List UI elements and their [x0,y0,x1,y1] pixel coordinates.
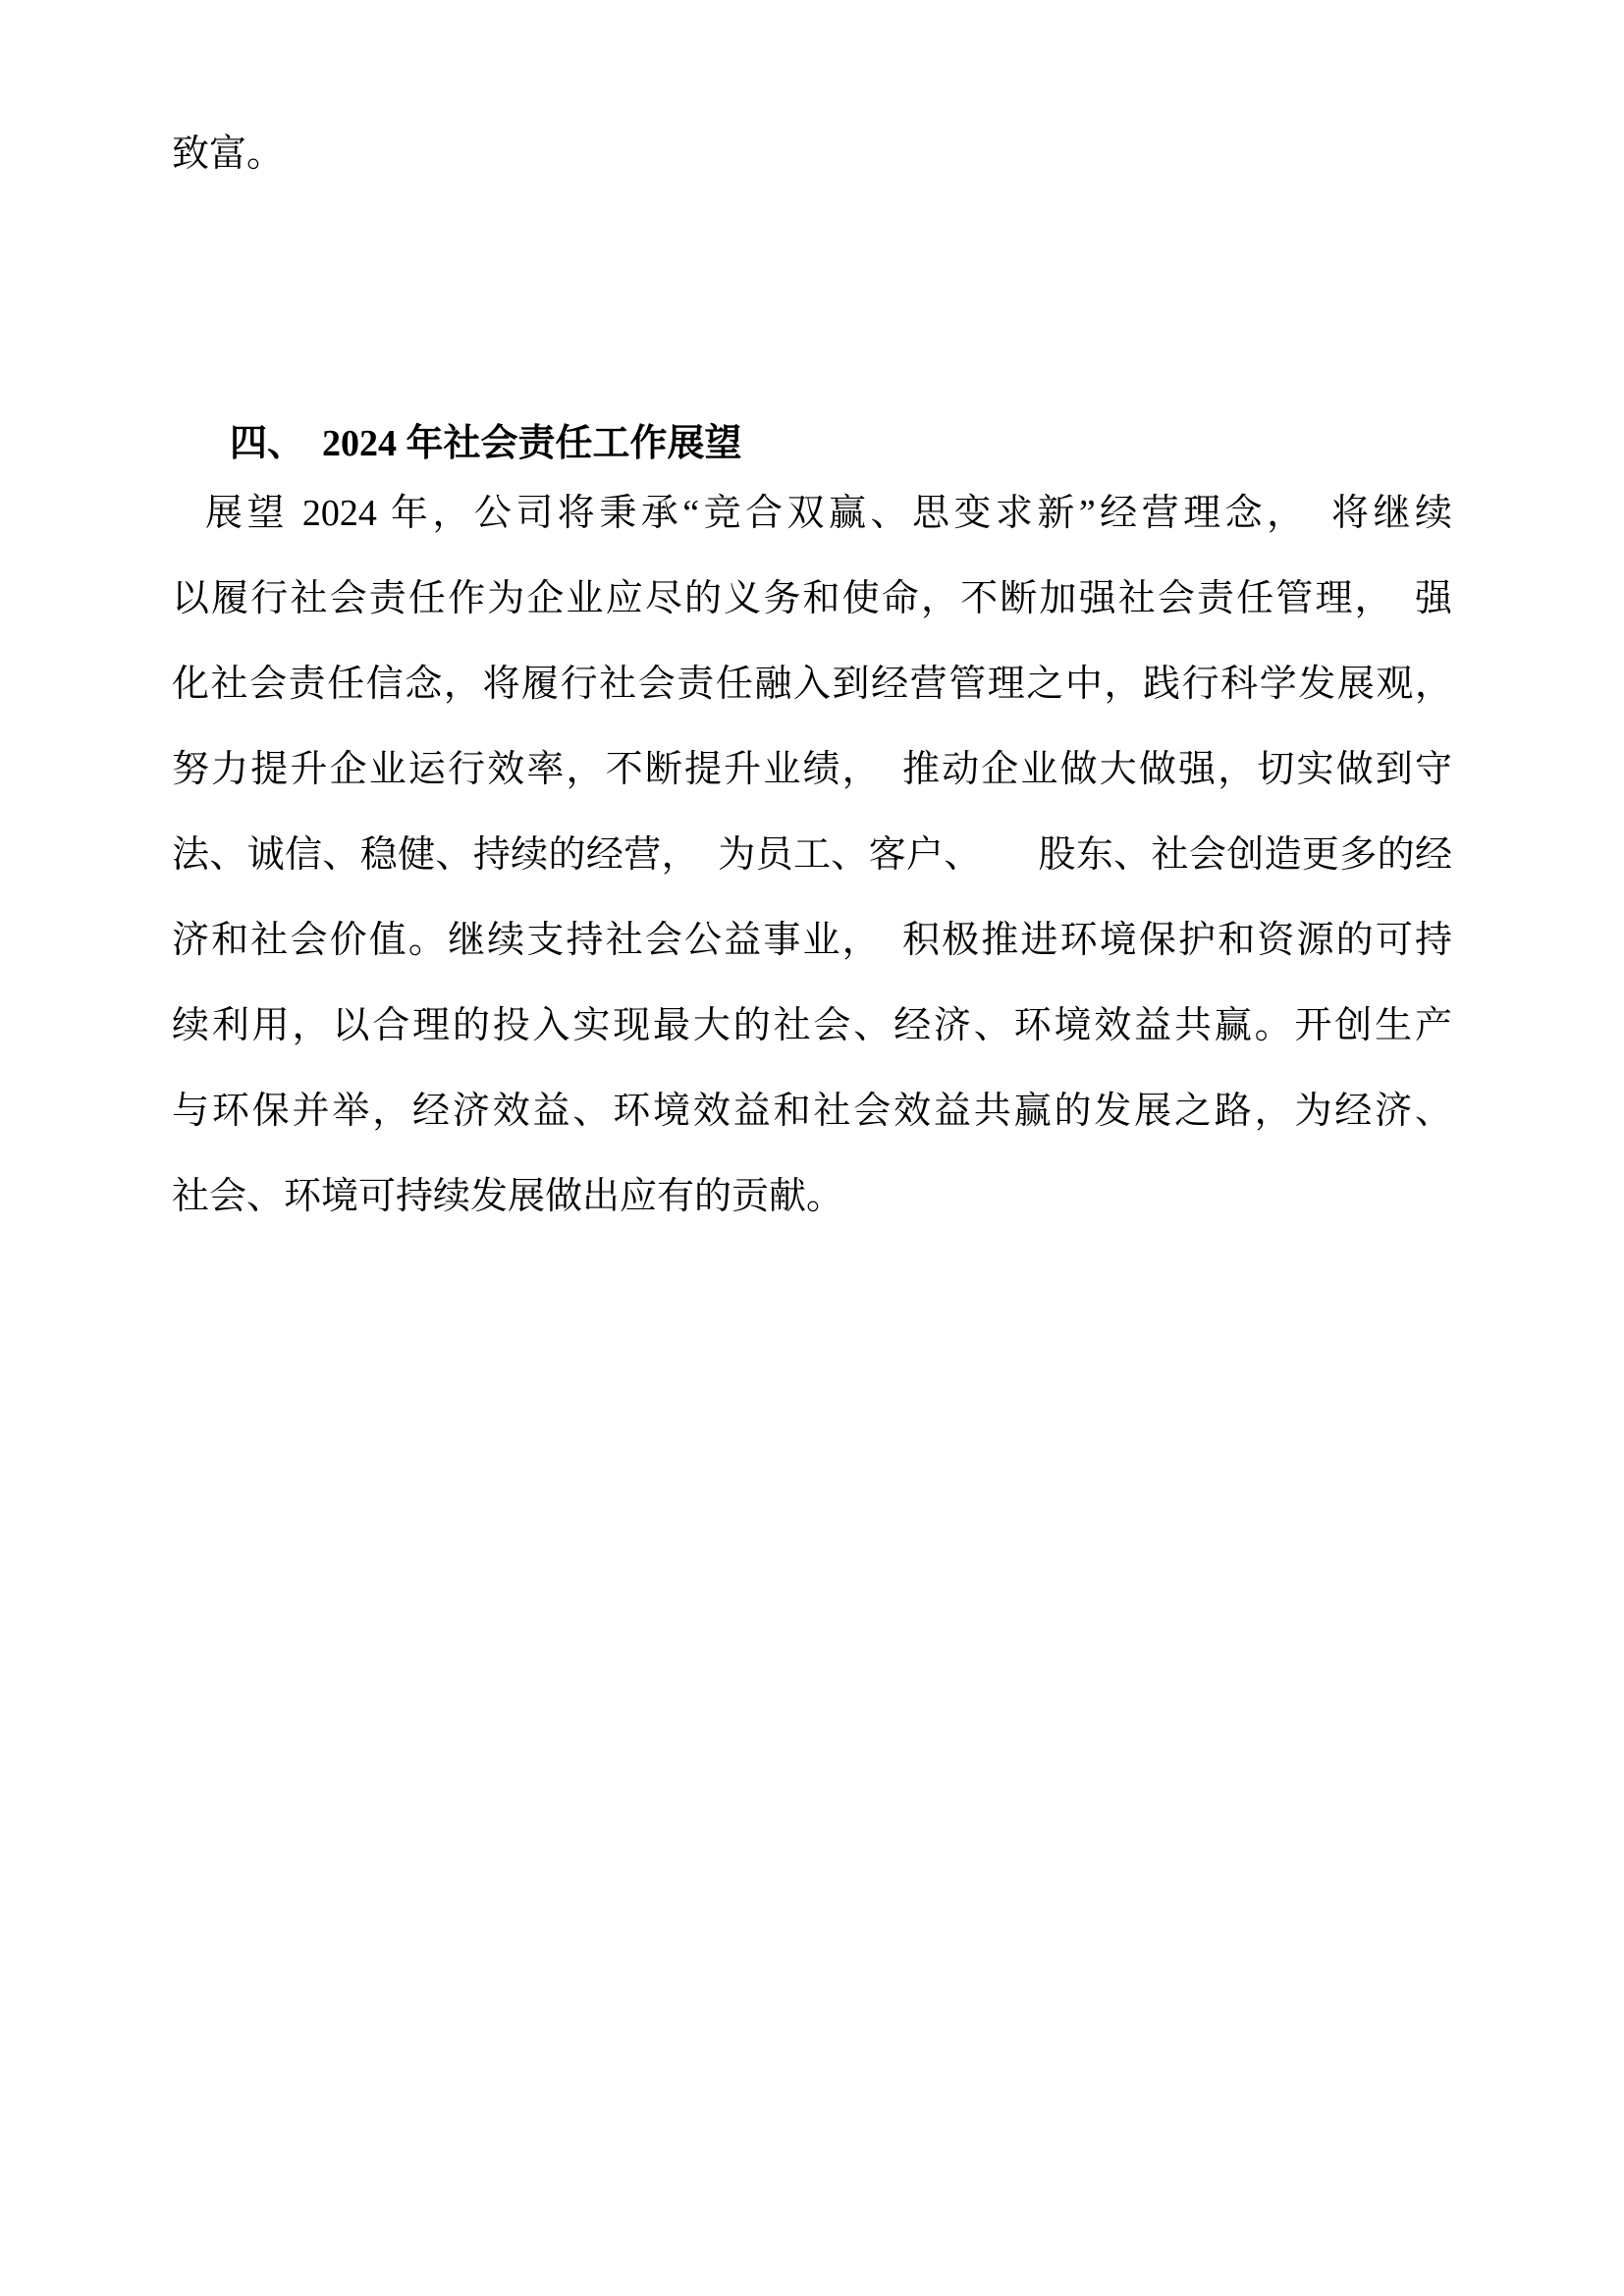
section-heading: 四、2024 年社会责任工作展望 [230,424,1452,463]
body-paragraph: 展望 2024 年，公司将秉承“竞合双赢、思变求新”经营理念， 将继续以履行社会… [172,471,1452,1240]
paragraph-line: 法、诚信、稳健、持续的经营， 为员工、客户、 股东、社会创造更多的经 [172,813,1452,898]
paragraph-line: 展望 2024 年，公司将秉承“竞合双赢、思变求新”经营理念， 将继续 [172,471,1452,557]
paragraph-line: 努力提升企业运行效率，不断提升业绩， 推动企业做大做强，切实做到守 [172,727,1452,813]
section-heading-title: 2024 年社会责任工作展望 [322,423,742,464]
leading-paragraph-text: 致富。 [172,134,1452,174]
paragraph-line: 续利用，以合理的投入实现最大的社会、经济、环境效益共赢。开创生产 [172,984,1452,1069]
section-heading-number: 四、 [230,423,304,464]
paragraph-line: 与环保并举，经济效益、环境效益和社会效益共赢的发展之路，为经济、 [172,1069,1452,1154]
paragraph-line: 社会、环境可持续发展做出应有的贡献。 [172,1154,1452,1240]
paragraph-line: 济和社会价值。继续支持社会公益事业， 积极推进环境保护和资源的可持 [172,898,1452,984]
document-page: 致富。 四、2024 年社会责任工作展望 展望 2024 年，公司将秉承“竞合双… [0,0,1624,2296]
paragraph-line: 化社会责任信念，将履行社会责任融入到经营管理之中，践行科学发展观， [172,642,1452,727]
paragraph-line: 以履行社会责任作为企业应尽的义务和使命，不断加强社会责任管理， 强 [172,557,1452,642]
